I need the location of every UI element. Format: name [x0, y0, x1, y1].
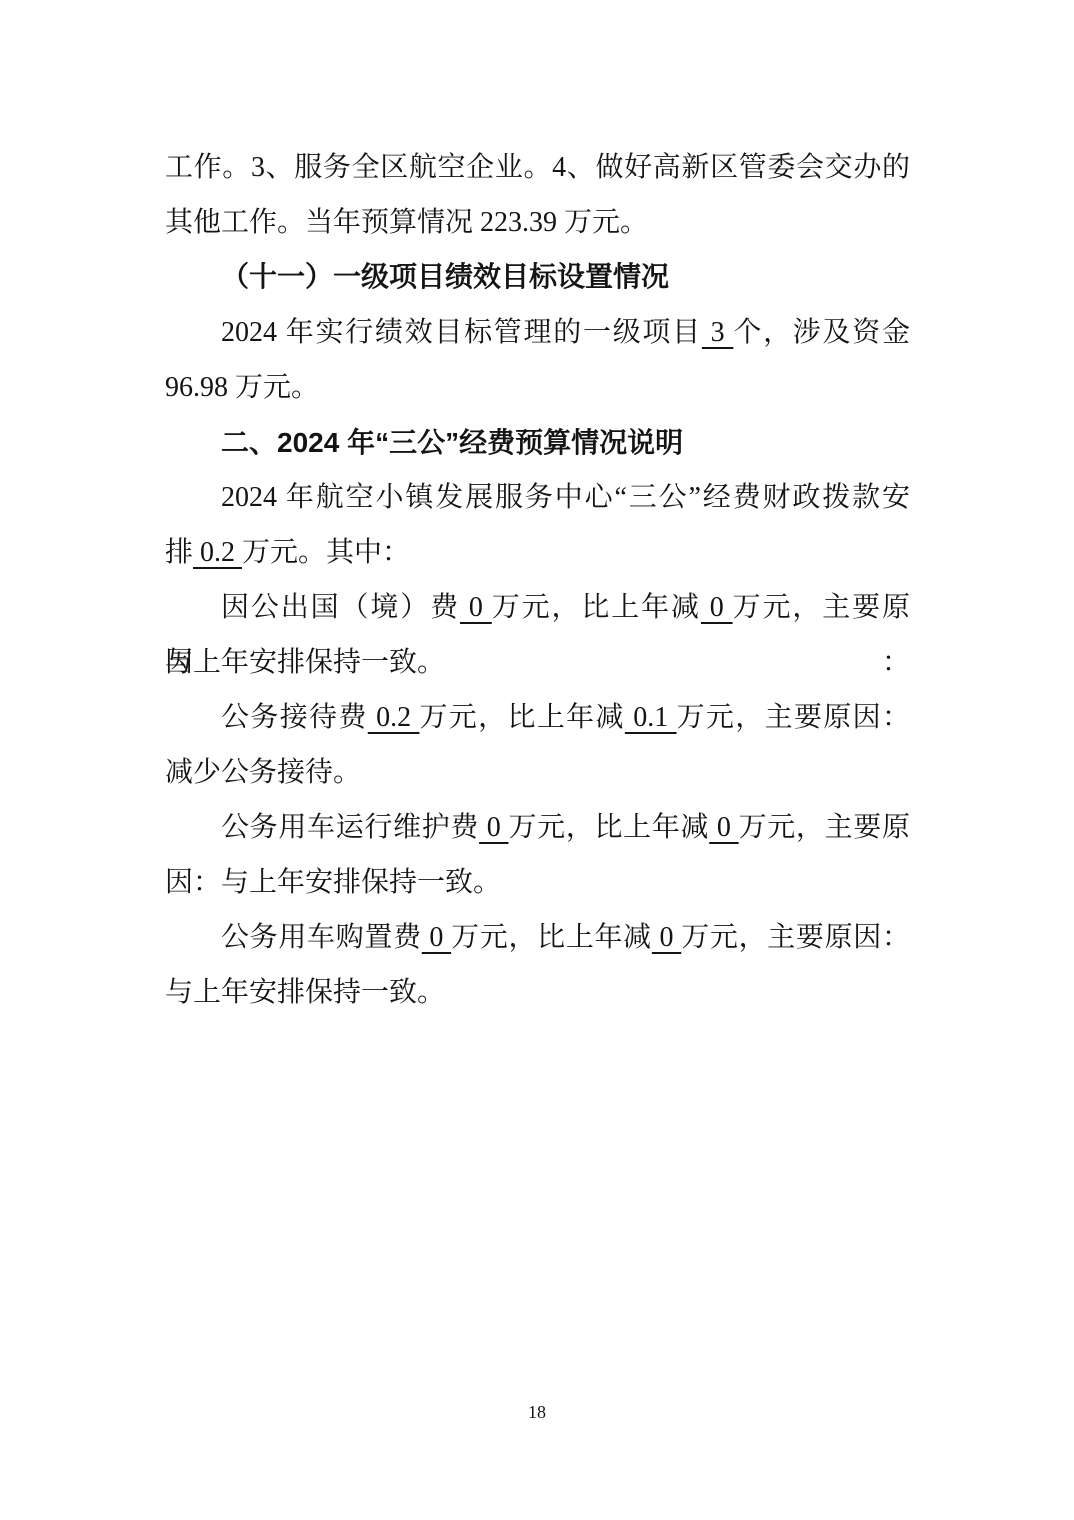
- underlined-value: 0: [701, 592, 733, 623]
- text-segment: 96.98 万元。: [165, 372, 319, 403]
- text-segment: 万元。其中：: [242, 537, 410, 568]
- underlined-value: 0.2: [193, 537, 242, 568]
- text-segment: 二、2024 年“三公”经费预算情况说明: [221, 427, 683, 458]
- underlined-value: 0: [652, 922, 681, 953]
- text-segment: 减少公务接待。: [165, 757, 361, 788]
- text-line: 排 0.2 万元。其中：: [165, 525, 910, 580]
- underlined-value: 0: [479, 812, 508, 843]
- text-line: 工作。3、服务全区航空企业。4、做好高新区管委会交办的: [165, 140, 910, 195]
- text-segment: 排: [165, 537, 193, 568]
- underlined-value: 0: [422, 922, 451, 953]
- document-body: 工作。3、服务全区航空企业。4、做好高新区管委会交办的其他工作。当年预算情况 2…: [165, 140, 910, 1020]
- text-segment: 万元，主要原因：: [681, 922, 910, 953]
- text-line: 因公出国（境）费 0 万元，比上年减 0 万元，主要原因：: [165, 580, 910, 635]
- text-line: 公务用车购置费 0 万元，比上年减 0 万元，主要原因：: [165, 910, 910, 965]
- text-line: 2024 年航空小镇发展服务中心“三公”经费财政拨款安: [165, 470, 910, 525]
- text-segment: 因：与上年安排保持一致。: [165, 867, 501, 898]
- text-line: 96.98 万元。: [165, 360, 910, 415]
- text-line: 其他工作。当年预算情况 223.39 万元。: [165, 195, 910, 250]
- text-segment: 公务用车运行维护费: [221, 812, 479, 843]
- text-segment: （十一）一级项目绩效目标设置情况: [221, 262, 669, 293]
- text-segment: 因公出国（境）费: [221, 592, 460, 623]
- text-segment: 与上年安排保持一致。: [165, 977, 445, 1008]
- text-line: 2024 年实行绩效目标管理的一级项目 3 个，涉及资金: [165, 305, 910, 360]
- underlined-value: 0: [709, 812, 738, 843]
- text-segment: 公务用车购置费: [221, 922, 422, 953]
- text-segment: 万元，主要原: [739, 812, 910, 843]
- text-segment: 工作。3、服务全区航空企业。4、做好高新区管委会交办的: [165, 152, 910, 183]
- text-line: 减少公务接待。: [165, 745, 910, 800]
- underlined-value: 0.1: [625, 702, 677, 733]
- text-segment: 万元，主要原因：: [677, 702, 910, 733]
- text-segment: 其他工作。当年预算情况 223.39 万元。: [165, 207, 648, 238]
- text-segment: 万元，比上年减: [419, 702, 624, 733]
- underlined-value: 0: [460, 592, 492, 623]
- text-line: 因：与上年安排保持一致。: [165, 855, 910, 910]
- text-line: 公务接待费 0.2 万元，比上年减 0.1 万元，主要原因：: [165, 690, 910, 745]
- underlined-value: 0.2: [368, 702, 420, 733]
- text-segment: 个，涉及资金: [733, 317, 910, 348]
- text-segment: 公务接待费: [221, 702, 368, 733]
- underlined-value: 3: [702, 317, 733, 348]
- text-segment: 与上年安排保持一致。: [165, 647, 445, 678]
- text-segment: 万元，比上年减: [451, 922, 652, 953]
- text-segment: 万元，比上年减: [508, 812, 709, 843]
- text-segment: 2024 年航空小镇发展服务中心“三公”经费财政拨款安: [221, 482, 910, 513]
- section-heading: （十一）一级项目绩效目标设置情况: [165, 250, 910, 305]
- text-line: 与上年安排保持一致。: [165, 965, 910, 1020]
- section-heading: 二、2024 年“三公”经费预算情况说明: [165, 415, 910, 470]
- text-line: 公务用车运行维护费 0 万元，比上年减 0 万元，主要原: [165, 800, 910, 855]
- text-segment: 2024 年实行绩效目标管理的一级项目: [221, 317, 702, 348]
- text-segment: 万元，比上年减: [492, 592, 701, 623]
- page-number: 18: [0, 1398, 1074, 1426]
- document-page: 工作。3、服务全区航空企业。4、做好高新区管委会交办的其他工作。当年预算情况 2…: [0, 0, 1074, 1520]
